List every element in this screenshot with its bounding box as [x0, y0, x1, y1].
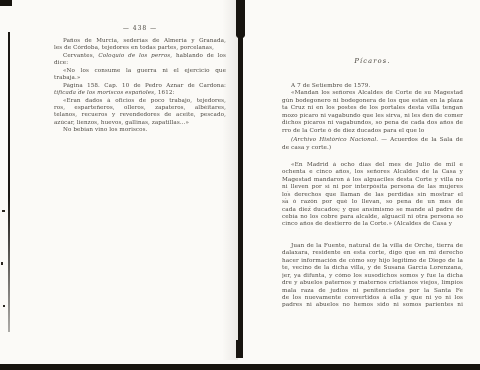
text-line: trabaja.»: [54, 75, 226, 82]
date-line: A 7 de Setiembre de 1579.: [282, 83, 463, 90]
paragraph-source: (Archivo Histórico Nacional. — Acuerdos …: [282, 137, 463, 152]
text-line: Cervantes, Coloquio de los perros, habla…: [54, 53, 226, 60]
text-line: los derechos que llaman de las perdidas …: [282, 192, 463, 199]
scan-film-edge-line: [8, 32, 10, 332]
text-line: sa ó razón por qué lo llevan, so pena de…: [282, 199, 463, 206]
text-line: ros, esparteñeros, olleros, zapateros, a…: [54, 105, 226, 112]
paragraph-quote: «No los consume la guerra ni el ejercici…: [54, 68, 226, 83]
scan-speck: [1, 262, 3, 265]
text-line: cinco años de destierro de la Corte.» (A…: [282, 221, 463, 228]
text-line: «En Madrid á ocho días del mes de Julio …: [282, 162, 463, 169]
paragraph-trades: Paños de Murcia, sederías de Almería y G…: [54, 38, 226, 53]
text-line: te, vecino de la dicha villa, y de Susan…: [282, 265, 463, 272]
text-line: mozo pícaro ni vagabundo que les sirva, …: [282, 113, 463, 120]
page-number: — 438 —: [54, 25, 226, 33]
text-line: Magestad mandaron á los alguaciles desta…: [282, 177, 463, 184]
text-line: dalaxara, residente en esta corte, digo …: [282, 250, 463, 257]
text-line: cada diez ducados; y que ansimismo se ma…: [282, 207, 463, 214]
text-line: No bebían vino los moriscos.: [54, 127, 226, 134]
text-line: Paños de Murcia, sederías de Almería y G…: [54, 38, 226, 45]
text-line: telanos, recueros y revendedores de acei…: [54, 112, 226, 119]
text-segment: Página 158. Cap. 10 de Pedro Aznar de Ca…: [63, 83, 226, 89]
text-segment: Cervantes,: [63, 53, 98, 59]
text-line: padres ni abuelos no hemos sido ni somos…: [282, 302, 463, 309]
archive-name: (Archivo Histórico Nacional.: [291, 137, 378, 143]
text-line: Página 158. Cap. 10 de Pedro Aznar de Ca…: [54, 83, 226, 90]
right-page: Pícaros. A 7 de Setiembre de 1579. «Mand…: [282, 57, 463, 310]
text-line: hacer información de cómo soy hijo legít…: [282, 258, 463, 265]
text-line: azúcar, lienzos, huevos, gallinas, zapat…: [54, 120, 226, 127]
scan-bottom-edge: [0, 364, 480, 370]
text-line: «Eran dados á oficios de poco trabajo, t…: [54, 98, 226, 105]
text-line: les de Córdoba, tejedores en todas parte…: [54, 45, 226, 52]
text-line: ta Cruz ni en los postes de los portales…: [282, 105, 463, 112]
book-scan: — 438 — Paños de Murcia, sederías de Alm…: [0, 0, 480, 370]
paragraph-madrid: «En Madrid á ocho días del mes de Julio …: [282, 162, 463, 229]
page-gutter-line: [238, 0, 243, 358]
text-line: gún bodegonero ni bodegonera de los que …: [282, 98, 463, 105]
scan-speck: [3, 305, 5, 307]
paragraph-juan: Juan de la Fuente, natural de la villa d…: [282, 243, 463, 310]
left-page: — 438 — Paños de Murcia, sederías de Alm…: [54, 25, 226, 135]
scan-corner-mark: [0, 0, 12, 6]
section-heading: Pícaros.: [282, 57, 463, 65]
text-line: de los nuevamente convertidos á ella y q…: [282, 295, 463, 302]
paragraph-aznar: Página 158. Cap. 10 de Pedro Aznar de Ca…: [54, 83, 226, 98]
text-line: ochenta e cinco años, los señores Alcald…: [282, 169, 463, 176]
text-line: ni lleven por sí ni por interpósita pers…: [282, 184, 463, 191]
text-line: tificada de los moriscos españoles, 1612…: [54, 90, 226, 97]
paragraph-mandan: «Mandan los señores Alcaldes de Corte de…: [282, 90, 463, 135]
page-gutter-mark: [236, 340, 243, 358]
text-line: dice:: [54, 60, 226, 67]
text-segment: 1612:: [156, 90, 175, 96]
paragraph-oficios: «Eran dados á oficios de poco trabajo, t…: [54, 98, 226, 128]
book-title: tificada de los moriscos españoles,: [54, 90, 156, 96]
text-line: «No los consume la guerra ni el ejercici…: [54, 68, 226, 75]
text-line: de casa y corte.): [282, 145, 463, 152]
text-line: dre y abuelos paternos y maternos cristi…: [282, 280, 463, 287]
text-line: jer, ya difunta, y cómo los susodichos s…: [282, 273, 463, 280]
text-line: rro de la Corte ó de diez ducados para e…: [282, 128, 463, 135]
paragraph-cervantes: Cervantes, Coloquio de los perros, habla…: [54, 53, 226, 68]
text-line: «Mandan los señores Alcaldes de Corte de…: [282, 90, 463, 97]
text-line: cebía no los cobre para alcalde, alguaci…: [282, 214, 463, 221]
text-line: mala raza de judíos ni penitenciados por…: [282, 288, 463, 295]
text-line: (Archivo Histórico Nacional. — Acuerdos …: [282, 137, 463, 144]
book-title: Coloquio de los perros: [98, 53, 170, 59]
paragraph-vino: No bebían vino los moriscos.: [54, 127, 226, 134]
text-line: Juan de la Fuente, natural de la villa d…: [282, 243, 463, 250]
scan-speck: [2, 210, 5, 212]
text-line: dichos pícaros ni vagabundos, so pena de…: [282, 120, 463, 127]
